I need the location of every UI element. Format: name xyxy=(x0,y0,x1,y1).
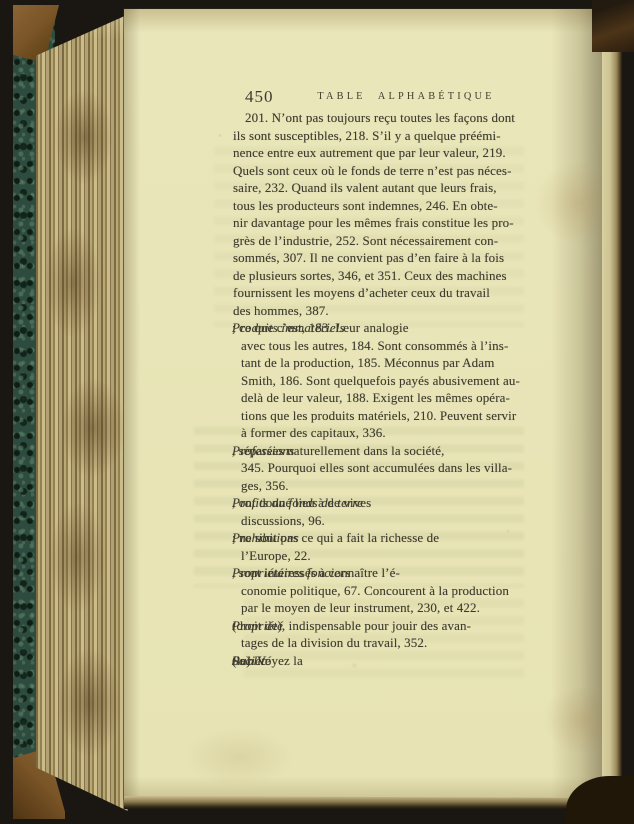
photo-backdrop: 450 TABLE ALPHABÉTIQUE 201. N’ont pas to… xyxy=(0,0,634,824)
text-block: 450 TABLE ALPHABÉTIQUE 201. N’ont pas to… xyxy=(232,88,580,708)
page-fore-edge xyxy=(36,8,128,816)
index-line: ils sont susceptibles, 218. S’il y a que… xyxy=(233,127,580,145)
index-line: 201. N’ont pas toujours reçu toutes les … xyxy=(245,109,580,127)
index-line: Prohibitions; ne sont pas ce qui a fait … xyxy=(232,529,580,547)
index-line: de plusieurs sortes, 346, et 351. Ceux d… xyxy=(233,267,580,285)
index-line: Profits du fonds de terre, ont donné lie… xyxy=(232,494,580,512)
index-line: nir davantage pour les mêmes frais const… xyxy=(233,214,580,232)
index-line: des hommes, 387. xyxy=(233,302,580,320)
book-page: 450 TABLE ALPHABÉTIQUE 201. N’ont pas to… xyxy=(124,9,604,800)
index-line: discussions, 96. xyxy=(241,512,580,530)
index-line: 345. Pourquoi elles sont accumulées dans… xyxy=(241,459,580,477)
index-line: conomie politique, 67. Concourent à la p… xyxy=(241,582,580,600)
index-line: Smith, 186. Sont quelquefois payés abusi… xyxy=(241,372,580,390)
index-line: Professions, séparées naturellement dans… xyxy=(232,442,580,460)
index-line: delà de leur valeur, 188. Exigent les mê… xyxy=(241,389,580,407)
page-header: 450 TABLE ALPHABÉTIQUE xyxy=(232,88,580,109)
index-line: tant de la production, 185. Méconnus par… xyxy=(241,354,580,372)
index-line: par le moyen de leur instrument, 230, et… xyxy=(241,599,580,617)
index-line: saire, 232. Quand ils valent autant que … xyxy=(233,179,580,197)
index-line: Produits immatériels ; ce que c’est, 183… xyxy=(232,319,580,337)
index-line: sommés, 307. Il ne convient pas d’en fai… xyxy=(233,249,580,267)
index-line: Propriétaires fonciers, sont intéressés … xyxy=(232,564,580,582)
index-body: 201. N’ont pas toujours reçu toutes les … xyxy=(232,109,580,669)
index-line: tions que les produits matériels, 210. P… xyxy=(241,407,580,425)
index-line: l’Europe, 22. xyxy=(241,547,580,565)
index-line: avec tous les autres, 184. Sont consommé… xyxy=(241,337,580,355)
paper-stain xyxy=(184,727,294,787)
running-title: TABLE ALPHABÉTIQUE xyxy=(232,91,580,102)
index-line: à former des capitaux, 336. xyxy=(241,424,580,442)
page-gutter xyxy=(602,6,622,806)
index-line: nence entre eux autrement que par leur v… xyxy=(233,144,580,162)
index-line: Propriété (droit de), indispensable pour… xyxy=(232,617,580,635)
index-line: tages de la division du travail, 352. xyxy=(241,634,580,652)
page-bottom-edge xyxy=(124,796,604,809)
gutter-corner-top xyxy=(592,0,634,52)
index-line: grès de l’industrie, 252. Sont nécessair… xyxy=(233,232,580,250)
index-line: Quels sont ceux où le fonds de terre n’e… xyxy=(233,162,580,180)
index-line: Public (le). Voyez la Société. xyxy=(232,652,580,670)
index-line: ges, 356. xyxy=(241,477,580,495)
index-line: fournissent les moyens d’acheter ceux du… xyxy=(233,284,580,302)
index-line: tous les producteurs sont indemnes, 246.… xyxy=(233,197,580,215)
